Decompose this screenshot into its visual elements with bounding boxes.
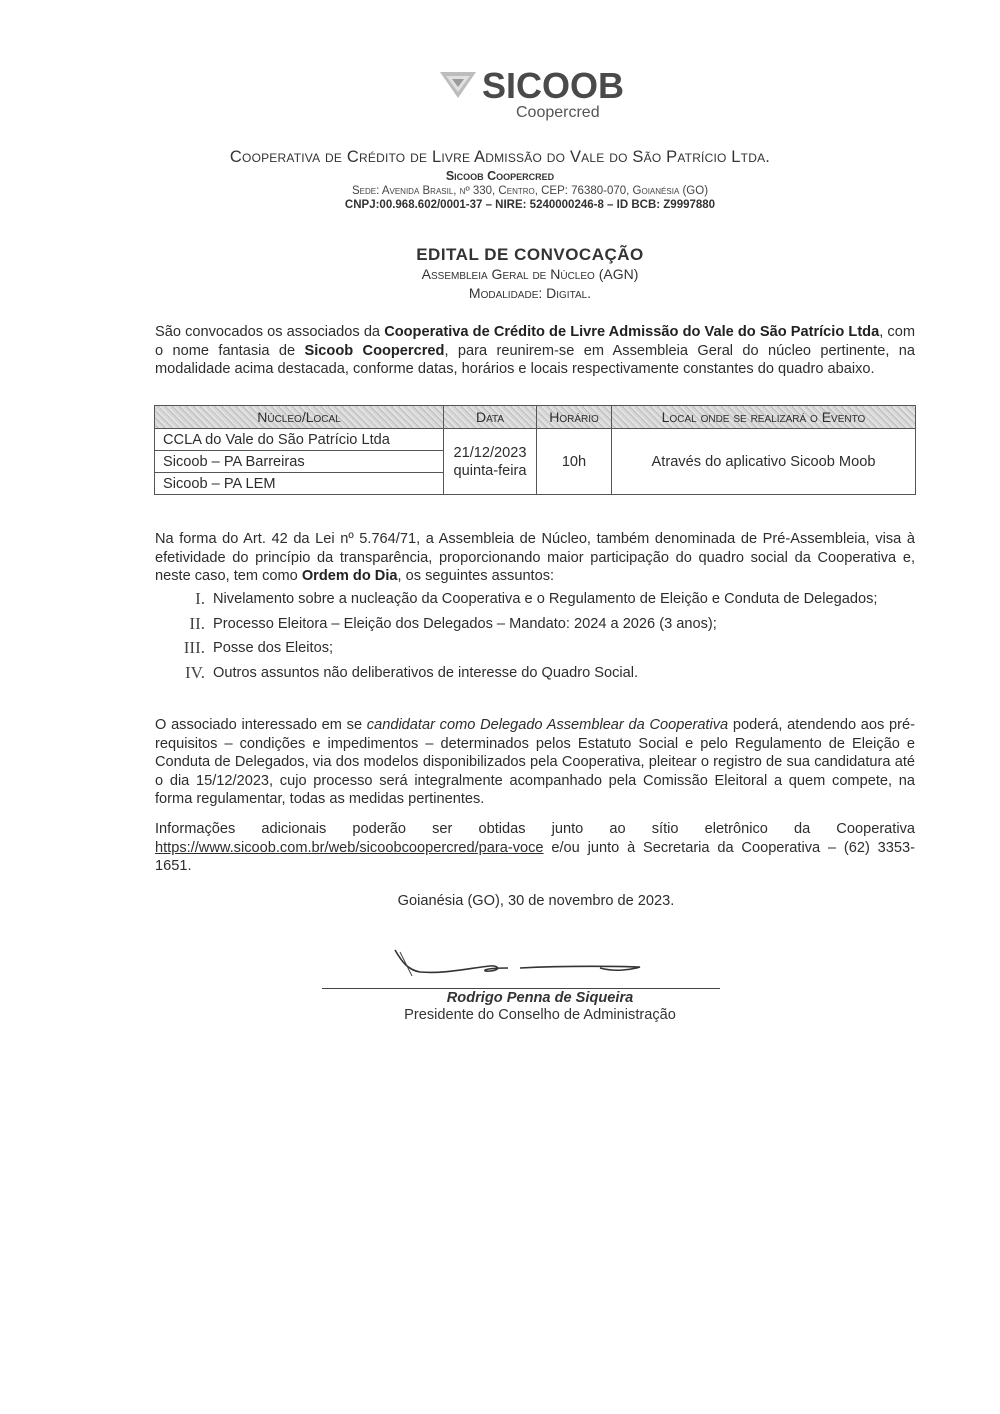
intro-paragraph: São convocados os associados da Cooperat… [155,323,915,379]
trade-name: Sicoob Coopercred [0,169,1000,183]
modality: Modalidade: Digital. [30,285,1000,301]
candidacy-paragraph: O associado interessado em se candidatar… [155,716,915,809]
registration-ids: CNPJ:00.968.602/0001-37 – NIRE: 52400002… [30,199,1000,211]
sicoob-logo: SICOOB Coopercred [438,66,638,126]
agenda-item: IV. Outros assuntos não deliberativos de… [155,664,915,683]
address: Sede: Avenida Brasil, nº 330, Centro, CE… [30,185,1000,197]
intro-coop-name: Cooperativa de Crédito de Livre Admissão… [384,324,879,340]
signatory-role: Presidente do Conselho de Administração [0,1007,1000,1023]
agenda-item-number: IV. [155,664,205,683]
agenda-list: I. Nivelamento sobre a nucleação da Coop… [155,590,915,688]
date-cell: 21/12/2023 quinta-feira [444,429,537,495]
header-nucleo: Núcleo/Local [155,406,444,429]
event-date: 21/12/2023 [453,445,526,461]
agenda-item-text: Outros assuntos não deliberativos de int… [213,665,638,681]
agenda-item: II. Processo Eleitora – Eleição dos Dele… [155,615,915,634]
agenda-item-text: Posse dos Eleitos; [213,640,333,656]
schedule-table: Núcleo/Local Data Horário Local onde se … [154,405,916,495]
nucleo-cell: Sicoob – PA Barreiras [155,451,444,473]
logo-subbrand: Coopercred [516,104,600,122]
intro-text: São convocados os associados da [155,324,384,340]
candidacy-emphasis: candidatar como Delegado Assemblear da C… [367,717,728,733]
nucleo-cell: Sicoob – PA LEM [155,473,444,495]
agenda-item-number: I. [155,590,205,609]
header-local: Local onde se realizará o Evento [612,406,916,429]
event-weekday: quinta-feira [453,463,526,479]
ordem-do-dia: Ordem do Dia [302,568,398,584]
candidacy-text: O associado interessado em se [155,717,367,733]
document-title: EDITAL DE CONVOCAÇÃO [30,245,1000,265]
document-subtitle: Assembleia Geral de Núcleo (AGN) [30,266,1000,282]
info-paragraph: Informações adicionais poderão ser obtid… [155,820,915,876]
header-data: Data [444,406,537,429]
agenda-item-number: III. [155,639,205,658]
nucleo-cell: CCLA do Vale do São Patrício Ltda [155,429,444,451]
cooperative-website-link[interactable]: https://www.sicoob.com.br/web/sicoobcoop… [155,840,544,856]
time-cell: 10h [537,429,612,495]
info-text: Informações adicionais poderão ser obtid… [155,821,915,837]
signature-scribble-icon [390,944,650,984]
intro-trade-name: Sicoob Coopercred [305,343,445,359]
signatory-name: Rodrigo Penna de Siqueira [0,990,1000,1006]
agenda-intro-text: , os seguintes assuntos: [398,568,555,584]
agenda-item-text: Nivelamento sobre a nucleação da Coopera… [213,591,877,607]
logo-brand: SICOOB [482,66,624,106]
cooperative-name: Cooperativa de Crédito de Livre Admissão… [0,148,1000,167]
agenda-item-number: II. [155,615,205,634]
sicoob-triangle-logo-icon [438,70,478,100]
table-header-row: Núcleo/Local Data Horário Local onde se … [155,406,916,429]
venue-cell: Através do aplicativo Sicoob Moob [612,429,916,495]
agenda-item: I. Nivelamento sobre a nucleação da Coop… [155,590,915,609]
agenda-item-text: Processo Eleitora – Eleição dos Delegado… [213,616,717,632]
header-horario: Horário [537,406,612,429]
table-row: CCLA do Vale do São Patrício Ltda 21/12/… [155,429,916,451]
agenda-item: III. Posse dos Eleitos; [155,639,915,658]
signature-line [322,988,720,989]
place-and-date: Goianésia (GO), 30 de novembro de 2023. [0,893,1000,909]
agenda-intro-paragraph: Na forma do Art. 42 da Lei nº 5.764/71, … [155,530,915,586]
